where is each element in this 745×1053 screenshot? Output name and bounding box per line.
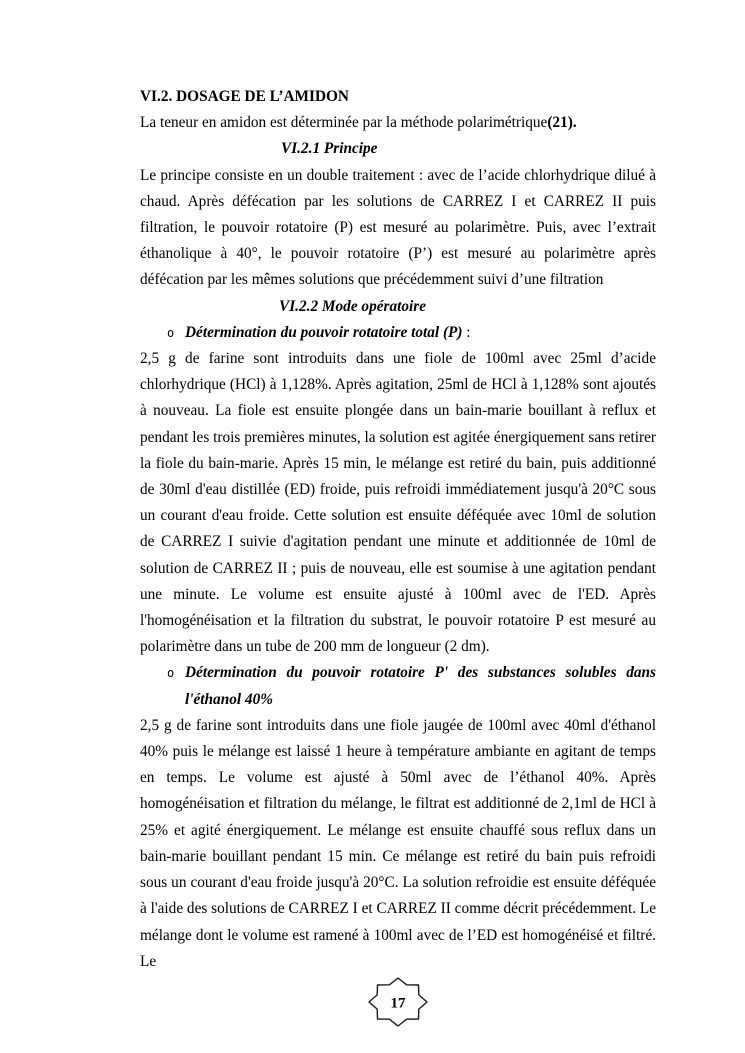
mode-operatoire-paragraph-2: 2,5 g de farine sont introduits dans une… <box>140 713 656 975</box>
bullet-item-pouvoir-rotatoire-ethanol: o Détermination du pouvoir rotatoire P' … <box>140 660 656 712</box>
document-page: VI.2. DOSAGE DE L’AMIDON La teneur en am… <box>0 0 745 1053</box>
intro-paragraph: La teneur en amidon est déterminée par l… <box>140 110 656 136</box>
bullet2-label-text: Détermination du pouvoir rotatoire P' de… <box>185 660 656 712</box>
page-number-badge: 17 <box>368 977 428 1027</box>
subheading-principe: VI.2.1 Principe <box>140 136 656 162</box>
citation-reference: (21). <box>547 114 576 131</box>
star-seal-icon: 17 <box>368 977 428 1027</box>
principe-paragraph: Le principe consiste en un double traite… <box>140 163 656 294</box>
bullet-circle-icon: o <box>140 320 185 346</box>
intro-text: La teneur en amidon est déterminée par l… <box>140 114 547 131</box>
section-title: VI.2. DOSAGE DE L’AMIDON <box>140 84 656 110</box>
bullet-circle-icon: o <box>140 660 185 712</box>
bullet1-label-text: Détermination du pouvoir rotatoire total… <box>185 324 462 341</box>
document-body: VI.2. DOSAGE DE L’AMIDON La teneur en am… <box>140 84 656 975</box>
page-number: 17 <box>391 995 407 1011</box>
bullet-label: Détermination du pouvoir rotatoire total… <box>185 320 656 346</box>
mode-operatoire-paragraph-1: 2,5 g de farine sont introduits dans une… <box>140 346 656 660</box>
bullet1-suffix: : <box>462 324 470 341</box>
bullet-item-pouvoir-rotatoire-total: o Détermination du pouvoir rotatoire tot… <box>140 320 656 346</box>
subheading-mode-operatoire: VI.2.2 Mode opératoire <box>140 294 656 320</box>
